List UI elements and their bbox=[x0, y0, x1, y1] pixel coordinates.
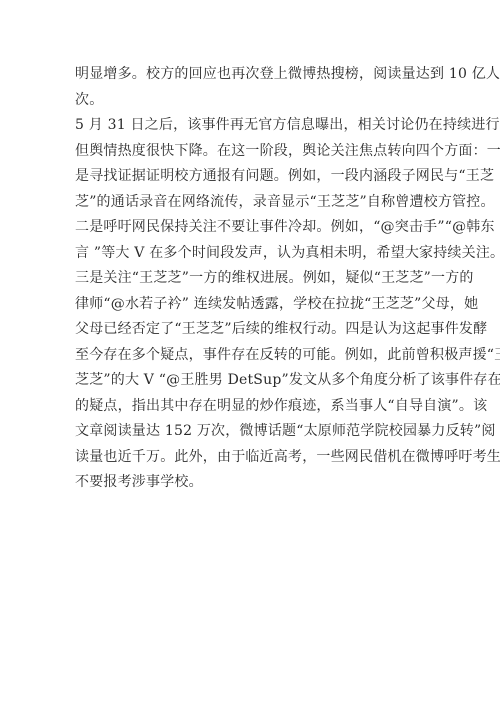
text-line: 5 月 31 日之后，该事件再无官方信息曝出，相关讨论仍在持续进行， bbox=[75, 115, 427, 141]
text-line: 文章阅读量达 152 万次，微博话题“太原师范学院校园暴力反转”阅 bbox=[75, 421, 427, 447]
body-text: 明显增多。校方的回应也再次登上微博热搜榜，阅读量达到 10 亿人 次。 5 月 … bbox=[75, 64, 427, 498]
text-line: 芝”的通话录音在网络流传，录音显示“王芝芝”自称曾遭校方管控。 bbox=[75, 192, 427, 218]
text-line: 的疑点，指出其中存在明显的炒作痕迹，系当事人“自导自演”。该 bbox=[75, 396, 427, 422]
text-line: 是寻找证据证明校方通报有问题。例如，一段内涵段子网民与“王芝 bbox=[75, 166, 427, 192]
text-line: 明显增多。校方的回应也再次登上微博热搜榜，阅读量达到 10 亿人 bbox=[75, 64, 427, 90]
text-line: 不要报考涉事学校。 bbox=[75, 472, 427, 498]
text-line: 言 ”等大 V 在多个时间段发声，认为真相未明，希望大家持续关注。 bbox=[75, 243, 427, 269]
text-line: 三是关注“王芝芝”一方的维权进展。例如，疑似“王芝芝”一方的 bbox=[75, 268, 427, 294]
text-line: 父母已经否定了“王芝芝”后续的维权行动。四是认为这起事件发酵 bbox=[75, 319, 427, 345]
text-line: 至今存在多个疑点，事件存在反转的可能。例如，此前曾积极声援“王 bbox=[75, 345, 427, 371]
text-line: 二是呼吁网民保持关注不要让事件冷却。例如，“@突击手”“@韩东 bbox=[75, 217, 427, 243]
document-page: 明显增多。校方的回应也再次登上微博热搜榜，阅读量达到 10 亿人 次。 5 月 … bbox=[0, 0, 500, 707]
text-line: 次。 bbox=[75, 90, 427, 116]
text-line: 但舆情热度很快下降。在这一阶段，舆论关注焦点转向四个方面：一 bbox=[75, 141, 427, 167]
text-line: 读量也近千万。此外，由于临近高考，一些网民借机在微博呼吁考生 bbox=[75, 447, 427, 473]
text-line: 芝芝”的大 V “@王胜男 DetSup”发文从多个角度分析了该事件存在 bbox=[75, 370, 427, 396]
text-line: 律师“@水若子衿” 连续发帖透露，学校在拉拢“王芝芝”父母，她 bbox=[75, 294, 427, 320]
